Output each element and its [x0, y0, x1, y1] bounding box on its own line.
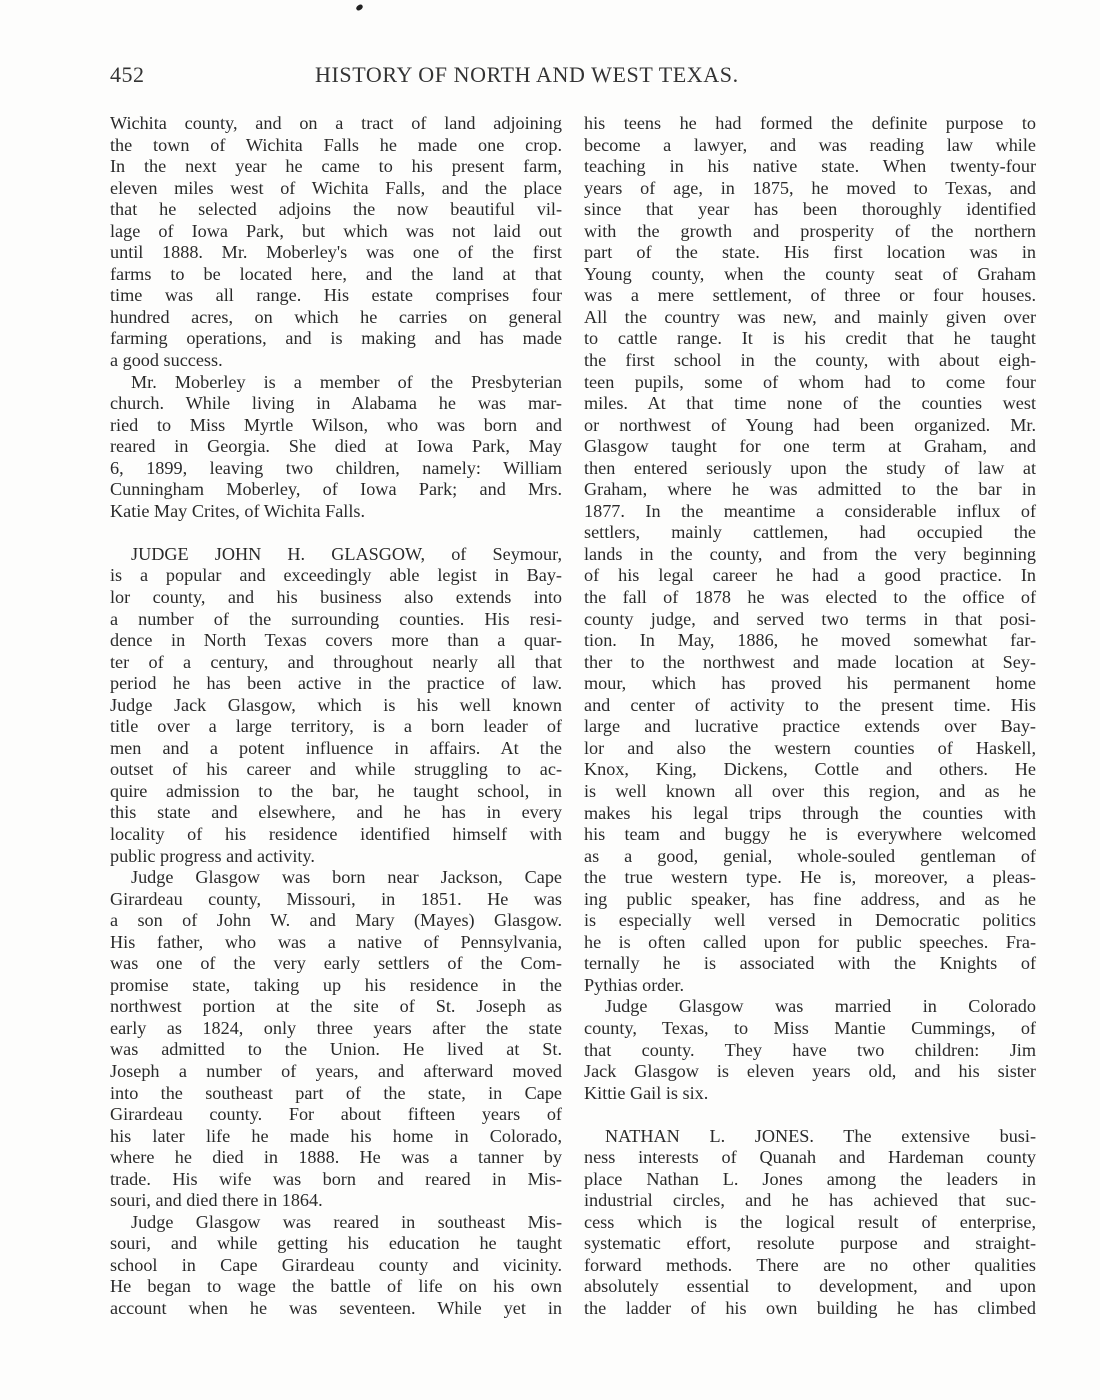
text-line: In the next year he came to his present …	[110, 156, 562, 178]
text-line: and center of activity to the present ti…	[584, 695, 1036, 717]
text-line: systematic effort, resolute purpose and …	[584, 1233, 1036, 1255]
paragraph-gap	[110, 522, 562, 544]
text-line: lands in the county, and from the very b…	[584, 544, 1036, 566]
text-line: until 1888. Mr. Moberley's was one of th…	[110, 242, 562, 264]
text-line: period he has been active in the practic…	[110, 673, 562, 695]
text-line: early as 1824, only three years after th…	[110, 1018, 562, 1040]
text-line: into the southeast part of the state, in…	[110, 1083, 562, 1105]
text-line: dence in North Texas covers more than a …	[110, 630, 562, 652]
text-line: lage of Iowa Park, but which was not lai…	[110, 221, 562, 243]
text-line: county judge, and served two terms in th…	[584, 609, 1036, 631]
text-line: Joseph a number of years, and afterward …	[110, 1061, 562, 1083]
text-line: of his legal career he had a good practi…	[584, 565, 1036, 587]
text-line: souri, and died there in 1864.	[110, 1190, 562, 1212]
text-line: a son of John W. and Mary (Mayes) Glasgo…	[110, 910, 562, 932]
paragraph-first-line: Judge Glasgow was married in Colorado	[584, 996, 1036, 1018]
text-line: makes his legal trips through the counti…	[584, 803, 1036, 825]
text-line: 1877. In the meantime a considerable inf…	[584, 501, 1036, 523]
text-line: men and a potent influence in affairs. A…	[110, 738, 562, 760]
text-line: teaching in his native state. When twent…	[584, 156, 1036, 178]
text-line: that he selected adjoins the now beautif…	[110, 199, 562, 221]
text-line: reared in Georgia. She died at Iowa Park…	[110, 436, 562, 458]
text-line: absolutely essential to development, and…	[584, 1276, 1036, 1298]
text-line: locality of his residence identified him…	[110, 824, 562, 846]
text-line: time was all range. His estate comprises…	[110, 285, 562, 307]
text-line: ternally he is associated with the Knigh…	[584, 953, 1036, 975]
text-line: then entered seriously upon the study of…	[584, 458, 1036, 480]
text-line: the ladder of his own building he has cl…	[584, 1298, 1036, 1320]
text-line: teen pupils, some of whom had to come fo…	[584, 372, 1036, 394]
text-line: or northwest of Young had been organized…	[584, 415, 1036, 437]
text-line: He began to wage the battle of life on h…	[110, 1276, 562, 1298]
text-line: Wichita county, and on a tract of land a…	[110, 113, 562, 135]
text-line: was a mere settlement, of three or four …	[584, 285, 1036, 307]
text-line: as a good, genial, whole-souled gentlema…	[584, 846, 1036, 868]
text-line: a number of the surrounding counties. Hi…	[110, 609, 562, 631]
text-line: to cattle range. It is his credit that h…	[584, 328, 1036, 350]
text-line: his teens he had formed the definite pur…	[584, 113, 1036, 135]
text-line: His father, who was a native of Pennsylv…	[110, 932, 562, 954]
text-line: the true western type. He is, moreover, …	[584, 867, 1036, 889]
text-line: school in Cape Girardeau county and vici…	[110, 1255, 562, 1277]
text-line: ried to Miss Myrtle Wilson, who was born…	[110, 415, 562, 437]
text-line: the town of Wichita Falls he made one cr…	[110, 135, 562, 157]
text-line: ter of a century, and throughout nearly …	[110, 652, 562, 674]
text-line: settlers, mainly cattlemen, had occupied…	[584, 522, 1036, 544]
page-number: 452	[110, 62, 145, 88]
text-line: outset of his career and while strugglin…	[110, 759, 562, 781]
text-line: lor and also the western counties of Has…	[584, 738, 1036, 760]
text-line: lor county, and his business also extend…	[110, 587, 562, 609]
left-column: Wichita county, and on a tract of land a…	[110, 113, 562, 1320]
text-line: a good success.	[110, 350, 562, 372]
text-line: All the country was new, and mainly give…	[584, 307, 1036, 329]
text-line: Judge Jack Glasgow, which is his well kn…	[110, 695, 562, 717]
text-line: ing public speaker, has fine address, an…	[584, 889, 1036, 911]
running-title: HISTORY OF NORTH AND WEST TEXAS.	[315, 62, 739, 88]
text-line: the first school in the county, with abo…	[584, 350, 1036, 372]
text-line: become a lawyer, and was reading law whi…	[584, 135, 1036, 157]
text-line: farms to be located here, and the land a…	[110, 264, 562, 286]
text-line: large and lucrative practice extends ove…	[584, 716, 1036, 738]
text-line: the fall of 1878 he was elected to the o…	[584, 587, 1036, 609]
text-line: is a popular and exceedingly able legist…	[110, 565, 562, 587]
text-line: this state and elsewhere, and he has in …	[110, 802, 562, 824]
text-line: title over a large territory, is a born …	[110, 716, 562, 738]
text-line: eleven miles west of Wichita Falls, and …	[110, 178, 562, 200]
text-line: Knox, King, Dickens, Cottle and others. …	[584, 759, 1036, 781]
text-line: forward methods. There are no other qual…	[584, 1255, 1036, 1277]
text-line: Graham, where he was admitted to the bar…	[584, 479, 1036, 501]
paragraph-first-line: NATHAN L. JONES. The extensive busi-	[584, 1126, 1036, 1148]
text-line: farming operations, and is making and ha…	[110, 328, 562, 350]
text-line: his team and buggy he is everywhere welc…	[584, 824, 1036, 846]
text-line: ness interests of Quanah and Hardeman co…	[584, 1147, 1036, 1169]
text-line: is especially well versed in Democratic …	[584, 910, 1036, 932]
text-line: souri, and while getting his education h…	[110, 1233, 562, 1255]
text-line: Girardeau county. For about fifteen year…	[110, 1104, 562, 1126]
text-line: Girardeau county, Missouri, in 1851. He …	[110, 889, 562, 911]
paragraph-first-line: Judge Glasgow was reared in southeast Mi…	[110, 1212, 562, 1234]
text-line: Kittie Gail is six.	[584, 1083, 1036, 1105]
text-line: cess which is the logical result of ente…	[584, 1212, 1036, 1234]
text-line: Cunningham Moberley, of Iowa Park; and M…	[110, 479, 562, 501]
paragraph-first-line: Mr. Moberley is a member of the Presbyte…	[110, 372, 562, 394]
text-line: industrial circles, and he has achieved …	[584, 1190, 1036, 1212]
text-line: he is often called upon for public speec…	[584, 932, 1036, 954]
text-line: Katie May Crites, of Wichita Falls.	[110, 501, 562, 523]
paragraph-gap	[584, 1104, 1036, 1126]
ink-speck	[355, 4, 364, 12]
text-line: ther to the northwest and made location …	[584, 652, 1036, 674]
text-line: public progress and activity.	[110, 846, 562, 868]
text-line: his later life he made his home in Color…	[110, 1126, 562, 1148]
text-line: county, Texas, to Miss Mantie Cummings, …	[584, 1018, 1036, 1040]
text-line: Pythias order.	[584, 975, 1036, 997]
text-line: church. While living in Alabama he was m…	[110, 393, 562, 415]
text-line: years of age, in 1875, he moved to Texas…	[584, 178, 1036, 200]
paragraph-first-line: JUDGE JOHN H. GLASGOW, of Seymour,	[110, 544, 562, 566]
text-line: is well known all over this region, and …	[584, 781, 1036, 803]
text-line: Jack Glasgow is eleven years old, and hi…	[584, 1061, 1036, 1083]
text-line: with the growth and prosperity of the no…	[584, 221, 1036, 243]
text-line: 6, 1899, leaving two children, namely: W…	[110, 458, 562, 480]
text-line: hundred acres, on which he carries on ge…	[110, 307, 562, 329]
text-line: where he died in 1888. He was a tanner b…	[110, 1147, 562, 1169]
text-line: Glasgow taught for one term at Graham, a…	[584, 436, 1036, 458]
text-line: promise state, taking up his residence i…	[110, 975, 562, 997]
text-line: that county. They have two children: Jim	[584, 1040, 1036, 1062]
text-line: miles. At that time none of the counties…	[584, 393, 1036, 415]
text-line: since that year has been thoroughly iden…	[584, 199, 1036, 221]
text-line: quire admission to the bar, he taught sc…	[110, 781, 562, 803]
right-column: his teens he had formed the definite pur…	[584, 113, 1036, 1320]
text-line: tion. In May, 1886, he moved somewhat fa…	[584, 630, 1036, 652]
text-line: Young county, when the county seat of Gr…	[584, 264, 1036, 286]
text-line: place Nathan L. Jones among the leaders …	[584, 1169, 1036, 1191]
page-header: 452 HISTORY OF NORTH AND WEST TEXAS.	[110, 62, 1040, 92]
text-line: trade. His wife was born and reared in M…	[110, 1169, 562, 1191]
text-line: part of the state. His first location wa…	[584, 242, 1036, 264]
text-line: was one of the very early settlers of th…	[110, 953, 562, 975]
text-line: mour, which has proved his permanent hom…	[584, 673, 1036, 695]
text-line: account when he was seventeen. While yet…	[110, 1298, 562, 1320]
text-line: was admitted to the Union. He lived at S…	[110, 1039, 562, 1061]
paragraph-first-line: Judge Glasgow was born near Jackson, Cap…	[110, 867, 562, 889]
text-line: northwest portion at the site of St. Jos…	[110, 996, 562, 1018]
